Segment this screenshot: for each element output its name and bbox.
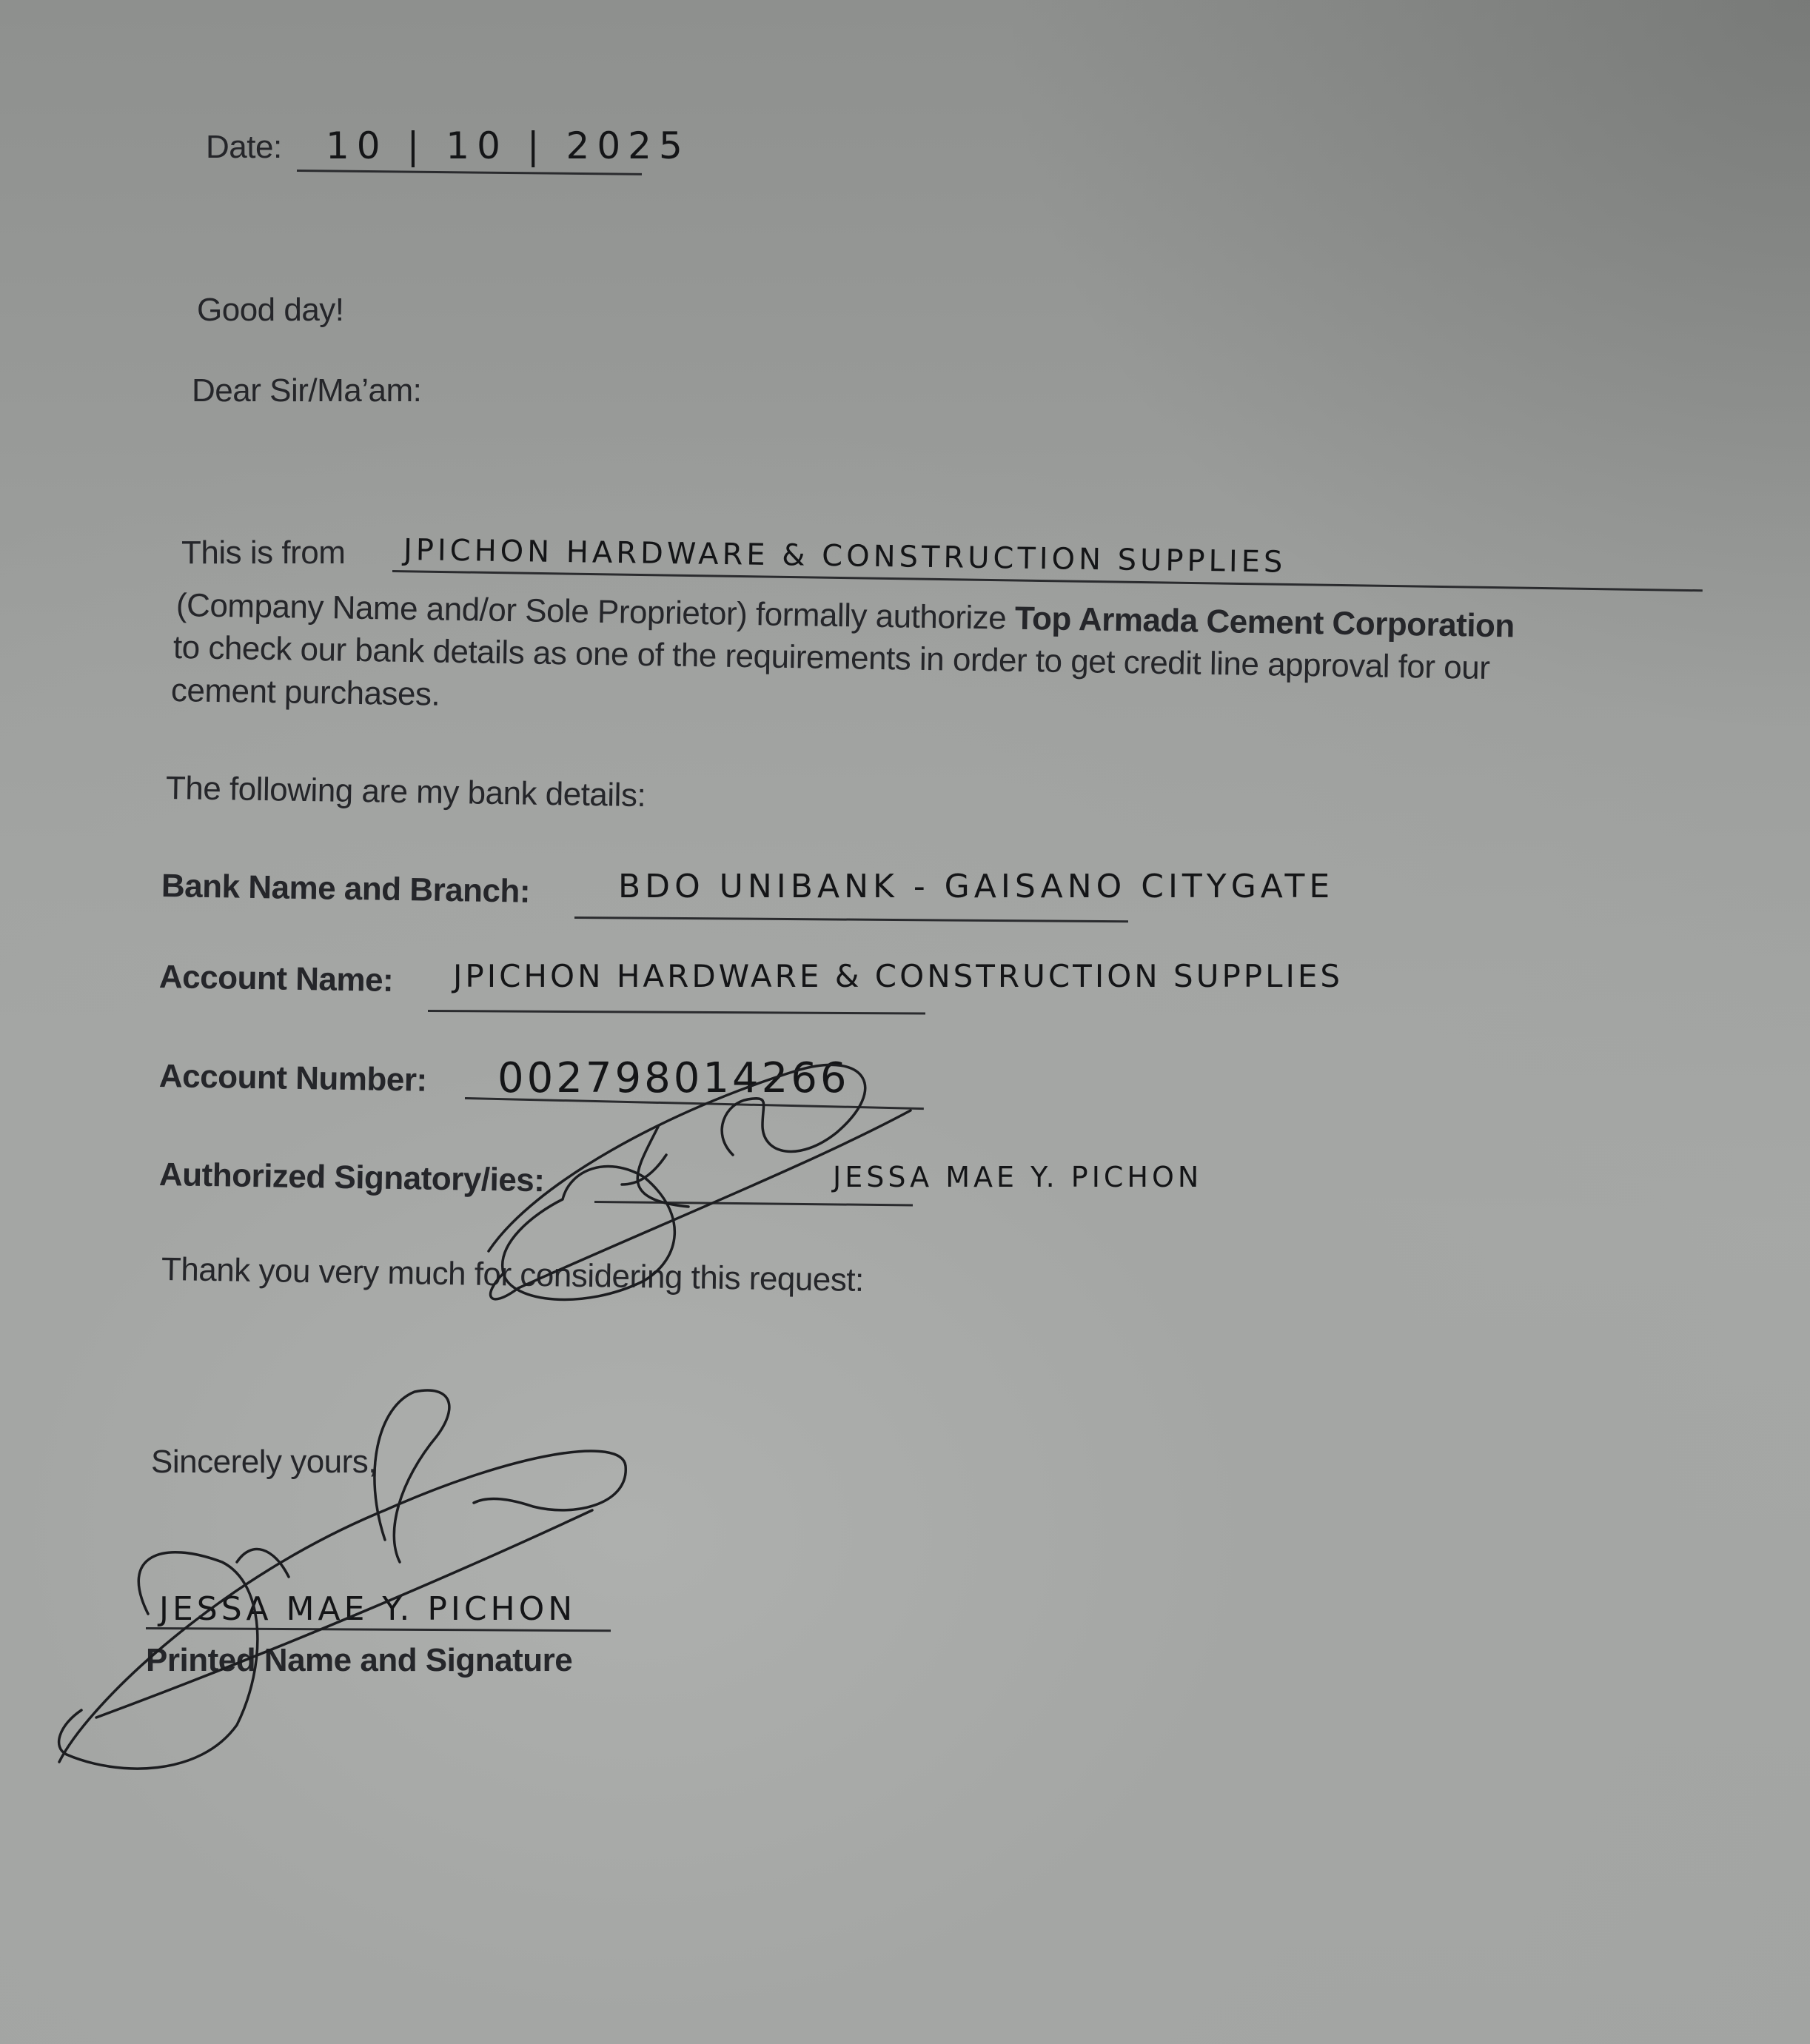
account-name-underline [428,1010,925,1015]
bank-name-value: BDO UNIBANK - GAISANO CITYGATE [618,868,1334,905]
date-value: 10 | 10 | 2025 [326,124,690,167]
printed-name: JESSA MAE Y. PICHON [159,1590,576,1628]
account-name-value: JPICHON HARDWARE & CONSTRUCTION SUPPLIES [453,958,1343,994]
company-authorized-name: Top Armada Cement Corporation [1015,600,1515,645]
bank-details-intro: The following are my bank details: [166,770,646,814]
signatory-name: JESSA MAE Y. PICHON [833,1161,1202,1193]
bank-name-label: Bank Name and Branch: [161,868,531,911]
date-underline [297,170,642,175]
salutation: Dear Sir/Ma’am: [192,372,421,409]
intro-prefix: This is from [181,535,345,572]
account-number-value: 002798014266 [497,1054,850,1102]
greeting: Good day! [197,292,344,329]
thank-you-line: Thank you very much for considering this… [161,1251,865,1299]
intro-line-3: cement purchases. [171,672,440,714]
intro-line-1-text: (Company Name and/or Sole Proprietor) fo… [176,587,1016,637]
date-label: Date: [206,129,282,166]
closing: Sincerely yours, [151,1444,377,1481]
signatory-underline [594,1201,913,1207]
signatory-label: Authorized Signatory/ies: [159,1156,545,1199]
account-name-label: Account Name: [159,959,394,999]
account-number-label: Account Number: [159,1058,427,1099]
bank-name-underline [574,917,1128,922]
printed-name-label: Printed Name and Signature [146,1642,572,1679]
